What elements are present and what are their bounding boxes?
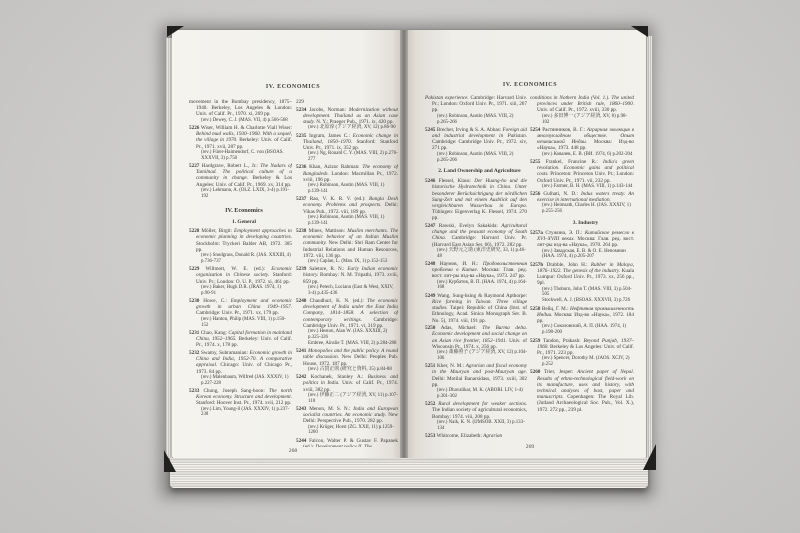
- entry-text: Gulhati, N. D.: Indus waters treaty. An …: [537, 191, 634, 203]
- page-edges-right: [645, 36, 652, 460]
- entry-text: Möller, Birgit: Employment approaches to…: [196, 228, 292, 253]
- entry-text: Menon, M. S. N.: India and European soci…: [303, 406, 398, 424]
- bib-entry: 5238 Mines, Mattison: Muslim merchants. …: [296, 228, 398, 265]
- entry-number: 5256: [530, 191, 540, 197]
- section-heading: 2. Land Ownership and Agriculture: [425, 168, 527, 174]
- review-line: (rev.) Petech, Luciano (East & West, XXI…: [303, 285, 398, 297]
- page-edges-bottom: [170, 458, 648, 488]
- bib-entry: 5239 Saletore, R. N.: Early Indian econo…: [296, 266, 398, 296]
- review-line: (rev.) Lehmann, A. (OLZ. LXIX, 3-4) p.19…: [196, 188, 292, 200]
- entry-text: movement in the Bombay presidency, 1875–…: [189, 99, 292, 117]
- review-line: (rev.) Thoburn, John T. (MAS. VIII, 3) p…: [537, 287, 634, 299]
- entry-text: Rawski, Evelyn Sakakida: Agricultural ch…: [432, 223, 527, 248]
- right-page: IV. ECONOMICS Pakistan experience. Cambr…: [404, 30, 646, 458]
- page-number-right: 269: [425, 444, 635, 450]
- entry-text: Стужина, Э. П.: Китайское ремесло в XVI–…: [537, 230, 634, 248]
- entry-text: Jacobs, Norman: Modernization without de…: [303, 107, 398, 125]
- entry-text: Brecher, Irving & S. A. Abbas: Foreign a…: [432, 127, 527, 152]
- entry-number: 5244: [296, 438, 306, 444]
- review-line: (rev.) Fürer-Haimendorf, C. von (BSOAS. …: [196, 150, 292, 162]
- section-heading: 1. General: [189, 219, 292, 225]
- entry-text: conditions in Nothern India (Vol. 1.). T…: [530, 95, 634, 113]
- review-line: (rev.) Farmer, B. H. (MAS. VIII, 1) p.14…: [537, 184, 634, 190]
- review-line: (rev.) 天野元之助 (東洋史研究, 33, 1) p.46-48: [432, 248, 527, 260]
- entry-continuation: movement in the Bombay presidency, 1875–…: [189, 99, 292, 124]
- review-line: (rev.) Heston, Alan W. (JAS. XXXIII, 2) …: [303, 329, 398, 341]
- entry-text: Hardgrave, Robert L., Jr.: The Nadars of…: [196, 163, 292, 188]
- bib-entry: 5227 Hardgrave, Robert L., Jr.: The Nada…: [189, 163, 292, 200]
- bib-entry: 5236 Khan, Azizur Rahman: The economy of…: [296, 164, 398, 194]
- entry-text: Chung, Joseph Sang-hoon: The north Korea…: [196, 388, 292, 406]
- entry-number: 5257b: [530, 262, 543, 268]
- entry-text: Drabble, John H.: Rubber in Malaya, 1876…: [537, 262, 634, 287]
- left-page: IV. ECONOMICS movement in the Bombay pre…: [172, 30, 404, 458]
- entry-continuation: Pakistan experience. Cambridge: Harvard …: [425, 95, 527, 125]
- entry-text: Frankel, Francine R.: India's green revo…: [537, 159, 634, 184]
- review-line: (rev.) Spencer, Dorothy M. (JAOS. XCIV, …: [537, 356, 634, 368]
- entry-number: 5254: [530, 127, 540, 133]
- entry-text: Flessel, Klaus: Der Huang-ho und die his…: [432, 178, 527, 221]
- entry-text: Pakistan experience. Cambridge: Harvard …: [425, 95, 527, 113]
- review-line: (rev.) Robinson, Austin (MAS. VIII, 1) p…: [303, 183, 398, 195]
- entry-text: Kochanek, Stanley A.: Business and polit…: [303, 374, 398, 392]
- entry-text: Whitcome, Elizabeth: Agrarian: [437, 433, 503, 439]
- right-page-column-2: conditions in Nothern India (Vol. 1.). T…: [530, 95, 634, 443]
- bib-entry: 5226 Wiser, William H. & Charlotte Viall…: [189, 125, 292, 162]
- entry-number: 5234: [296, 107, 306, 113]
- entry-number: 5251: [425, 363, 435, 369]
- left-page-column-2: 2295234 Jacobs, Norman: Modernization wi…: [296, 99, 398, 447]
- entry-number: 5250: [425, 325, 435, 331]
- entry-continuation: 229: [296, 99, 398, 105]
- entry-number: 5232: [189, 350, 199, 356]
- bib-entry: 5235 Ingram, James C.: Economic change i…: [296, 133, 398, 163]
- entry-text: Falcon, Walter P. & Gustav F. Papanek (e…: [303, 438, 398, 447]
- bib-entry: 5252 Rural development for weaker sectio…: [425, 401, 527, 431]
- bib-entry: 5244 Falcon, Walter P. & Gustav F. Papan…: [296, 438, 398, 447]
- bib-entry: 5230 Howe, C.: Employment and economic g…: [189, 298, 292, 328]
- bib-entry: 5228 Möller, Birgit: Employment approach…: [189, 228, 292, 265]
- entry-number: 5246: [425, 178, 435, 184]
- review-line: (rev.) Caplan, L. (Man. IX, 1) p.152-153: [303, 259, 398, 265]
- bib-entry: 5255 Frankel, Francine R.: India's green…: [530, 159, 634, 190]
- entry-text: Rao, V. K. R. V. (ed.): Bangla Desh econ…: [303, 196, 398, 214]
- book-spine-gutter: [400, 30, 408, 458]
- left-page-column-1: movement in the Bombay presidency, 1875–…: [189, 99, 292, 447]
- bib-entry: 5250 Adas, Michael: The Burma delta. Eco…: [425, 325, 527, 362]
- entry-text: Наумов, И. Н.: Продовольственная проблем…: [432, 261, 527, 279]
- review-line: (rev.) 北原淳 (アジア経済, XV, 12) p.86-90: [303, 125, 398, 131]
- review-line: Stockwell, A. J. (BSOAS. XXXVII, 3) p.72…: [537, 298, 634, 304]
- entry-number: 5236: [296, 164, 306, 170]
- bib-entry: 5241 Monopolies and the public policy. A…: [296, 348, 398, 373]
- review-line: (rev.) Robinson, Austin (MAS. VIII, 2) p…: [432, 114, 527, 126]
- bib-entry: 5248 Наумов, И. Н.: Продовольственная пр…: [425, 261, 527, 291]
- bib-entry: 5257b Drabble, John H.: Rubber in Malaya…: [530, 262, 634, 305]
- bib-entry: 5243 Menon, M. S. N.: India and European…: [296, 406, 398, 436]
- entry-text: Swamy, Subramanian: Economic growth in C…: [196, 350, 292, 375]
- entry-text: Tandon, Prakash: Beyond Punjab, 1937–196…: [537, 338, 634, 356]
- bib-entry: 5247 Rawski, Evelyn Sakakida: Agricultur…: [425, 223, 527, 260]
- review-line: (rev.) Robinson, Austin (MAS. VIII, 2) p…: [432, 152, 527, 164]
- bib-entry: 5245 Brecher, Irving & S. A. Abbas: Fore…: [425, 127, 527, 164]
- review-line: (rev.) Завадская, Е. В. & О. Е. Непомнин…: [537, 249, 634, 261]
- entry-text: Wang, Sung-hsing & Raymond Apthorpe: Ric…: [432, 293, 527, 324]
- review-line: (rev.) Ковалев, Е. В. (ВИ. 1974, 6) p.20…: [537, 152, 634, 158]
- entry-number: 5249: [425, 293, 435, 299]
- review-line: (rev.) Dewey, C. J. (MAS. VII, 4) p.566-…: [196, 118, 292, 124]
- review-line: (rev.) Baker, Hugh D.R. (JRAS. 1974, 1) …: [196, 285, 292, 297]
- review-line: (rev.) Курбатов, В. П. (НАА. 1974, 4) p.…: [432, 280, 527, 292]
- bib-entry: 5240 Chaudhuri, K. N. (ed.): The economi…: [296, 298, 398, 347]
- entry-number: 5233: [189, 388, 199, 394]
- review-line: (rev.) Krüger, Horst (ZG. XXII, 11) p.12…: [303, 425, 398, 437]
- bib-entry: 5254 Растянников, В. Г.: Аграрная эволюц…: [530, 127, 634, 158]
- entry-number: 5243: [296, 406, 306, 412]
- entry-text: Mines, Mattison: Muslim merchants. The e…: [303, 228, 398, 259]
- entry-number: 5253: [425, 433, 435, 439]
- review-line: (rev.) Snodgrass, Donald R. (JAS. XXXIII…: [196, 253, 292, 265]
- entry-text: Howe, C.: Employment and economic growth…: [196, 298, 292, 316]
- entry-number: 5231: [189, 330, 199, 336]
- bib-entry: 5253 Whitcome, Elizabeth: Agrarian: [425, 433, 527, 439]
- bib-entry: 5258 Вейц, Г. М.: Нефтяная промышленност…: [530, 306, 634, 336]
- bib-entry: 5246 Flessel, Klaus: Der Huang-ho und di…: [425, 178, 527, 221]
- review-line: (rev.) 古賀正則 (研究と資料, 35) p.84-88: [303, 367, 398, 373]
- entry-text: Chaudhuri, K. N. (ed.): The economic dev…: [303, 298, 398, 329]
- entry-text: Monopolies and the public policy. A roun…: [303, 348, 398, 366]
- entry-text: Wiser, William H. & Charlotte Viall Wise…: [196, 125, 292, 150]
- entry-text: Ingram, James C.: Economic change in Tha…: [303, 133, 398, 151]
- entry-text: Chao, Kang: Capital formation in mainlan…: [196, 330, 292, 348]
- entry-number: 5255: [530, 159, 540, 165]
- running-head-left: IV. ECONOMICS: [189, 84, 397, 90]
- bib-entry: 5242 Kochanek, Stanley A.: Business and …: [296, 374, 398, 404]
- review-line: (rev.) 多田博一 (アジア経済, XV, 8) p.98-102: [537, 114, 634, 126]
- entry-text: Rural development for weaker sections. T…: [432, 401, 527, 419]
- entry-number: 5226: [189, 125, 199, 131]
- entry-text: Kher, N. M.: Agrarian and fiscal economy…: [432, 363, 527, 388]
- part-heading: IV. Economics: [189, 207, 292, 214]
- review-line: (rev.) Naik, K. N. (IJMSOB. XXII, 3) p.1…: [432, 420, 527, 432]
- right-page-column-1: Pakistan experience. Cambridge: Harvard …: [425, 95, 527, 443]
- bib-entry: 5233 Chung, Joseph Sang-hoon: The north …: [189, 388, 292, 418]
- review-line: (rev.) Robinson, Austin (MAS. VIII, 1) p…: [303, 215, 398, 227]
- entry-number: 5260: [530, 369, 540, 375]
- bib-entry: 5249 Wang, Sung-hsing & Raymond Apthorpe…: [425, 293, 527, 324]
- bib-entry: 5256 Gulhati, N. D.: Indus waters treaty…: [530, 191, 634, 215]
- bib-entry: 5259 Tandon, Prakash: Beyond Punjab, 193…: [530, 338, 634, 368]
- entry-text: 229: [296, 99, 304, 105]
- bib-entry: 5234 Jacobs, Norman: Modernization witho…: [296, 107, 398, 132]
- bib-entry: 5229 Willmott, W. E. (ed.): Economic org…: [189, 266, 292, 296]
- entry-continuation: conditions in Nothern India (Vol. 1.). T…: [530, 95, 634, 125]
- bib-entry: 5251 Kher, N. M.: Agrarian and fiscal ec…: [425, 363, 527, 400]
- review-line: (rev.) Heimsath, Charles H. (JAS. XXXIV,…: [537, 203, 634, 215]
- entry-number: 5245: [425, 127, 435, 133]
- entry-number: 5259: [530, 338, 540, 344]
- entry-number: 5235: [296, 133, 306, 139]
- section-heading: 3. Industry: [530, 220, 634, 226]
- entry-text: Вейц, Г. М.: Нефтяная промышленность Инд…: [537, 306, 634, 324]
- review-line: Embree, Ainslie T. (MAS. VIII, 2) p.284-…: [303, 341, 398, 347]
- entry-number: 5228: [189, 228, 199, 234]
- bib-entry: 5232 Swamy, Subramanian: Economic growth…: [189, 350, 292, 387]
- bib-entry: 5257a Стужина, Э. П.: Китайское ремесло …: [530, 230, 634, 260]
- entry-text: Adas, Michael: The Burma delta. Economic…: [432, 325, 527, 350]
- review-line: (rev.) Hanton, Philip (MAS. VIII, 1) p.1…: [196, 317, 292, 329]
- page-number-left: 268: [189, 448, 397, 454]
- review-line: (rev.) Lim, Young-il (JAS. XXXIV, 1) p.2…: [196, 407, 292, 419]
- review-line: (rev.) Соколовский, А. П. (НАА. 1974, 1)…: [537, 324, 634, 336]
- entry-number: 5241: [296, 348, 306, 354]
- review-line: (rev.) 伊藤正二 (アジア経済, XV, 11) p.107-110: [303, 393, 398, 405]
- entry-number: 5239: [296, 266, 306, 272]
- running-head-right: IV. ECONOMICS: [425, 82, 635, 88]
- entry-number: 5257a: [530, 230, 543, 236]
- entry-text: Растянников, В. Г.: Аграрная эволюция в …: [537, 127, 634, 152]
- entry-number: 5237: [296, 196, 306, 202]
- entry-text: Saletore, R. N.: Early Indian economic h…: [303, 266, 398, 284]
- entry-number: 5258: [530, 306, 540, 312]
- book-photo: IV. ECONOMICS movement in the Bombay pre…: [0, 0, 800, 533]
- review-line: (rev.) Malenbaum, Wilfred (JAS. XXXIV, 1…: [196, 375, 292, 387]
- entry-text: Trier, Jesper: Ancient paper of Nepal. R…: [537, 369, 634, 412]
- entry-text: Willmott, W. E. (ed.): Economic organiza…: [196, 266, 292, 284]
- review-line: (rev.) 斎藤照子 (アジア経済, XV, 12) p.104-106: [432, 350, 527, 362]
- review-line: (rev.) Dhavalikar, M. K. (ABORI. LIV, 1-…: [432, 388, 527, 400]
- bib-entry: 5237 Rao, V. K. R. V. (ed.): Bangla Desh…: [296, 196, 398, 226]
- bib-entry: 5231 Chao, Kang: Capital formation in ma…: [189, 330, 292, 349]
- bib-entry: 5260 Trier, Jesper: Ancient paper of Nep…: [530, 369, 634, 412]
- review-line: (rev.) Ng, Ronald C. Y. (MAS. VIII, 2) p…: [303, 151, 398, 163]
- entry-text: Khan, Azizur Rahman: The economy of Bang…: [303, 164, 398, 182]
